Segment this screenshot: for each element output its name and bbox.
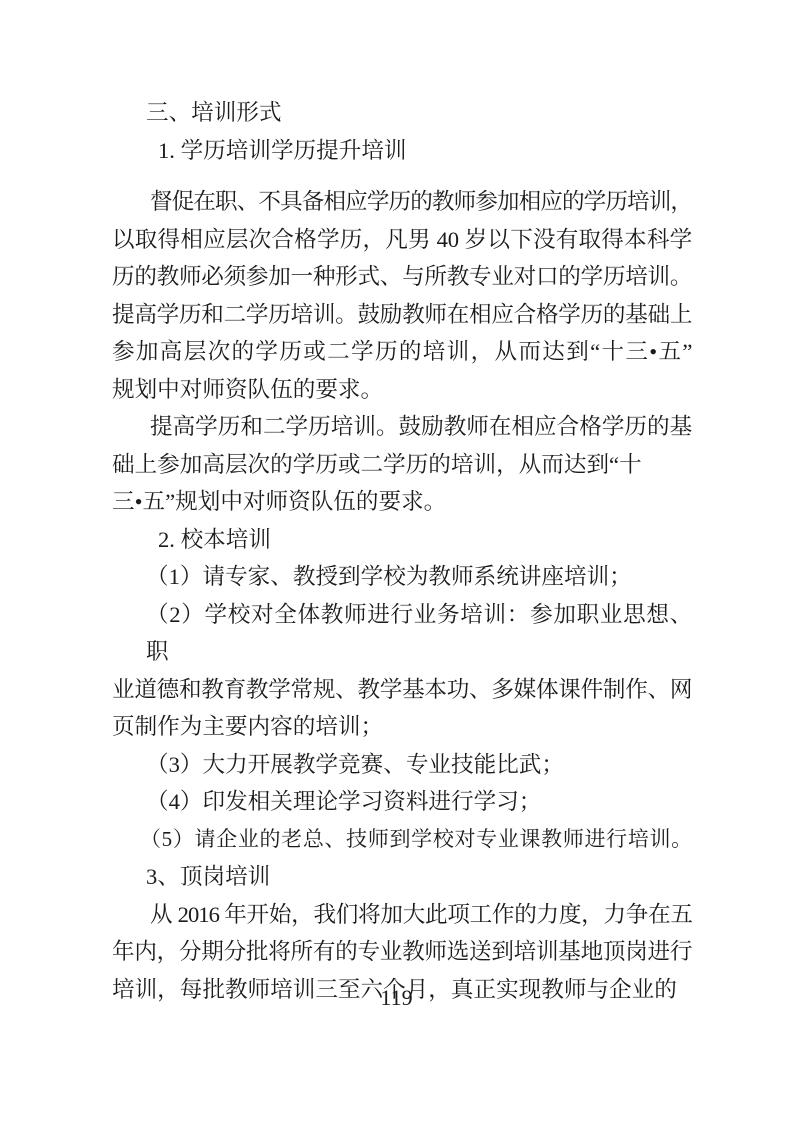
document-body: 三、培训形式 1. 学历培训学历提升培训 督促在职、不具备相应学历的教师参加相应… (112, 94, 692, 1008)
list-item-line: 页制作为主要内容的培训； (112, 708, 692, 746)
list-item-line: 业道德和教育教学常规、教学基本功、多媒体课件制作、网 (112, 671, 692, 709)
paragraph-line: 历的教师必须参加一种形式、与所教专业对口的学历培训。 (112, 258, 692, 296)
paragraph-line: 以取得相应层次合格学历，凡男 40 岁以下没有取得本科学 (112, 221, 692, 259)
list-item-line: （2）学校对全体教师进行业务培训：参加职业思想、职 (112, 596, 692, 671)
section-heading: 三、培训形式 (112, 94, 692, 132)
paragraph-line: 提高学历和二学历培训。鼓励教师在相应合格学历的基 (112, 408, 692, 446)
document-page: 三、培训形式 1. 学历培训学历提升培训 督促在职、不具备相应学历的教师参加相应… (0, 0, 793, 1122)
list-item-line: （3）大力开展教学竞赛、专业技能比武； (112, 746, 692, 784)
page-number: 119 (0, 983, 793, 1013)
numbered-heading: 1. 学历培训学历提升培训 (112, 132, 692, 170)
numbered-heading: 2. 校本培训 (112, 521, 692, 559)
paragraph-line: 参加高层次的学历或二学历的培训，从而达到“十三•五” (112, 333, 692, 371)
numbered-heading: 3、顶岗培训 (112, 858, 692, 896)
list-item-line: （1）请专家、教授到学校为教师系统讲座培训； (112, 558, 692, 596)
paragraph-line: 规划中对师资队伍的要求。 (112, 371, 692, 409)
paragraph-line: 础上参加高层次的学历或二学历的培训，从而达到“十 (112, 446, 692, 484)
list-item-line: （4）印发相关理论学习资料进行学习； (112, 783, 692, 821)
paragraph-line: 三•五”规划中对师资队伍的要求。 (112, 483, 692, 521)
paragraph-line: 从 2016 年开始，我们将加大此项工作的力度，力争在五 (112, 896, 692, 934)
paragraph-line: 督促在职、不具备相应学历的教师参加相应的学历培训， (112, 183, 692, 221)
list-item-line: （5）请企业的老总、技师到学校对专业课教师进行培训。 (112, 821, 692, 859)
paragraph-line: 提高学历和二学历培训。鼓励教师在相应合格学历的基础上 (112, 296, 692, 334)
paragraph-line: 年内，分期分批将所有的专业教师选送到培训基地顶岗进行 (112, 933, 692, 971)
